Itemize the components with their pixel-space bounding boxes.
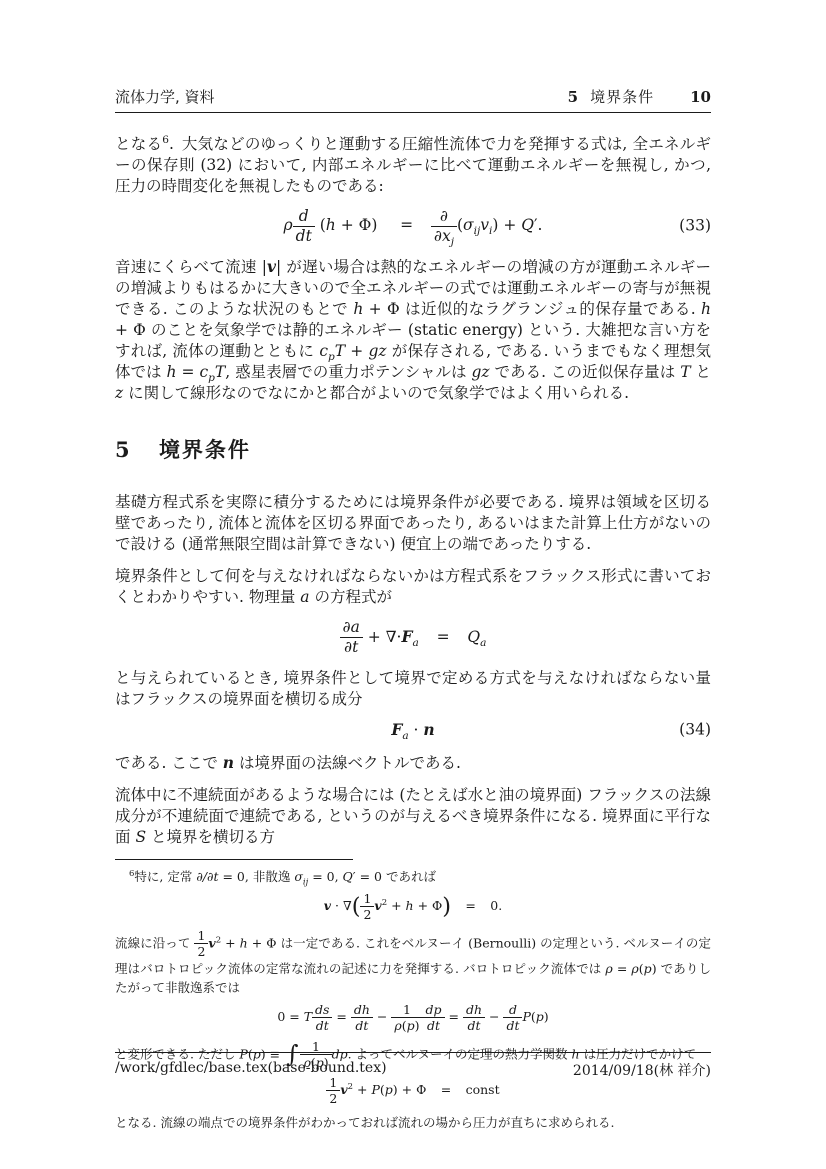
- math-variable: Q: [521, 216, 534, 234]
- fraction-numerator: 1: [360, 892, 374, 908]
- text-run: 1: [403, 1002, 411, 1017]
- math-variable: T: [304, 1009, 312, 1024]
- text-run: に関して線形なのでなにかと都合がよいので気象学ではよく用いられる.: [123, 384, 629, 402]
- relation-sign: =: [465, 898, 475, 913]
- fraction-numerator: dh: [463, 1003, 485, 1019]
- page-header: 流体力学, 資料 5 境界条件 10: [115, 86, 711, 107]
- math-variable: T: [335, 342, 345, 360]
- math-variable: a: [300, 588, 309, 606]
- footnote-block: 6特に, 定常 ∂/∂t = 0, 非散逸 σij = 0, Q′ = 0 であ…: [115, 859, 711, 1135]
- fraction-numerator: ds: [312, 1003, 332, 1019]
- math-fraction: ∂∂xj: [431, 208, 457, 244]
- text-run: 1: [363, 891, 371, 906]
- math-fraction: 1ρ(p): [391, 1003, 422, 1033]
- footnote-paragraph-2: 流線に沿って 12v2 + h + Φ は一定である. これをベルヌーイ (Be…: [115, 929, 711, 997]
- math-variable: ρ: [631, 961, 638, 976]
- footnote-equation-1: v · ∇(12v2 + h + Φ)=0.: [115, 892, 711, 922]
- math-vector: F: [401, 627, 412, 646]
- math-variable: h: [701, 300, 711, 318]
- fraction-numerator: 1: [391, 1003, 422, 1019]
- math-fraction: ddt: [503, 1003, 522, 1033]
- math-fraction: 12: [360, 892, 374, 922]
- running-head-section-title: 境界条件: [590, 86, 654, 107]
- math-variable: h: [240, 935, 248, 950]
- text-run: である. この近似保存量は: [490, 363, 681, 381]
- math-variable: dp: [332, 1046, 348, 1061]
- fraction-numerator: ∂a: [340, 619, 363, 638]
- text-run: ) +: [492, 216, 521, 234]
- math-variable: p: [536, 1009, 544, 1024]
- math-subscript: p: [328, 352, 335, 364]
- math-vector: F: [391, 720, 402, 739]
- document-page: 流体力学, 資料 5 境界条件 10 となる6. 大気などのゆっくりと運動する圧…: [0, 0, 826, 1169]
- math-variable: T: [680, 363, 690, 381]
- text-run: −: [373, 1009, 391, 1024]
- math-variable: ds: [315, 1002, 329, 1017]
- fraction-numerator: ∂: [431, 208, 457, 227]
- text-run: 流線に沿って: [115, 935, 194, 950]
- text-run: const: [466, 1082, 500, 1097]
- paragraph-5: と与えられているとき, 境界条件として境界で定める方式を与えなければならない量は…: [115, 668, 711, 710]
- math-vector: n: [223, 753, 234, 772]
- text-run: 2: [329, 1091, 337, 1106]
- text-run: , 惑星表層での重力ポテンシャルは: [225, 363, 471, 381]
- text-run: ) ≡: [261, 1046, 284, 1061]
- text-run: と与えられているとき, 境界条件として境界で定める方式を与えなければならない量は…: [115, 669, 711, 708]
- math-variable: p: [385, 1082, 393, 1097]
- text-run: . 大気などのゆっくりと運動する圧縮性流体で力を発揮する式は, 全エネルギーの保…: [115, 135, 711, 195]
- header-rule: [115, 112, 711, 113]
- math-variable: c: [199, 363, 208, 381]
- text-run: +: [353, 1082, 371, 1097]
- math-subscript: a: [480, 637, 486, 649]
- footnote-rule: [115, 859, 353, 860]
- text-run: ′.: [534, 216, 542, 234]
- equation-34: Fa · n (34): [115, 721, 711, 740]
- text-run: =: [613, 961, 632, 976]
- fraction-denominator: ρ(p): [391, 1018, 422, 1033]
- math-variable: ∂a: [343, 618, 360, 636]
- math-variable: P: [239, 1046, 247, 1061]
- footnote-equation-2: 0 = Tdsdt = dhdt − 1ρ(p)dpdt = dhdt − dd…: [115, 1003, 711, 1033]
- text-run: と変形できる. ただし: [115, 1046, 239, 1061]
- math-variable: h: [572, 1046, 580, 1061]
- text-run: 境界条件として何を与えなければならないかは方程式系をフラックス形式に書いておくと…: [115, 567, 711, 606]
- math-variable: h: [326, 216, 336, 234]
- text-run: である. ここで: [115, 754, 223, 772]
- equation-33-label: (33): [679, 217, 711, 236]
- big-paren: ): [442, 893, 451, 919]
- math-variable: σ: [463, 216, 474, 234]
- fraction-denominator: 2: [194, 944, 208, 959]
- text-run: ): [415, 1018, 420, 1033]
- math-subscript: p: [208, 373, 215, 385]
- math-fraction: 12: [326, 1076, 340, 1106]
- fraction-denominator: ∂xj: [431, 227, 457, 245]
- paragraph-1: となる6. 大気などのゆっくりと運動する圧縮性流体で力を発揮する式は, 全エネル…: [115, 134, 711, 197]
- text-column: となる6. 大気などのゆっくりと運動する圧縮性流体で力を発揮する式は, 全エネル…: [115, 134, 711, 1050]
- math-variable: ∂/∂t: [196, 869, 218, 884]
- math-variable: dh: [466, 1002, 482, 1017]
- relation-sign: =: [400, 216, 413, 234]
- fraction-denominator: ∂t: [340, 638, 363, 656]
- text-run: となる. 流線の端点での境界条件がわかっておれば流れの場から圧力が直ちに求められ…: [115, 1115, 614, 1130]
- footer-date-author: 2014/09/18(林 祥介): [573, 1060, 711, 1080]
- math-variable: Q: [343, 869, 353, 884]
- math-variable: h: [353, 300, 363, 318]
- math-variable: σ: [294, 869, 303, 884]
- math-variable: ρ: [605, 961, 612, 976]
- text-run: +: [345, 342, 368, 360]
- fraction-denominator: dt: [351, 1018, 373, 1033]
- math-variable: P: [522, 1009, 530, 1024]
- fraction-numerator: d: [503, 1003, 522, 1019]
- running-head-section-number: 5: [568, 88, 578, 106]
- math-variable: ∂t: [344, 638, 358, 656]
- paragraph-7: 流体中に不連続面があるような場合には (たとえば水と油の境界面) フラックスの法…: [115, 785, 711, 848]
- text-run: 2: [363, 907, 371, 922]
- math-variable: p: [644, 961, 652, 976]
- running-head-right: 5 境界条件 10: [568, 86, 711, 107]
- math-variable: ρ: [394, 1018, 401, 1033]
- fraction-denominator: dt: [312, 1018, 332, 1033]
- relation-sign: =: [441, 1082, 451, 1097]
- fraction-denominator: dt: [293, 227, 315, 245]
- math-variable: h: [406, 898, 414, 913]
- equation-34-label: (34): [679, 721, 711, 740]
- text-run: は境界面の法線ベクトルである.: [234, 754, 461, 772]
- math-variable: P: [371, 1082, 379, 1097]
- text-run: + ∇·: [363, 628, 402, 646]
- text-run: +: [387, 898, 405, 913]
- math-variable: ∂x: [434, 227, 451, 245]
- equation-flux-form-body: ∂a∂t + ∇·Fa=Qa: [340, 628, 487, 646]
- math-variable: dt: [506, 1018, 519, 1033]
- text-run: は圧力だけでかけて: [580, 1046, 696, 1061]
- math-variable: z: [115, 384, 123, 402]
- math-variable: p: [253, 1046, 261, 1061]
- text-run: 音速にくらべて流速 |: [115, 258, 267, 276]
- math-variable: p: [407, 1018, 415, 1033]
- text-run: + Φ は近似的なラグランジュ的保存量である.: [363, 300, 701, 318]
- math-fraction: dhdt: [463, 1003, 485, 1033]
- text-run: の方程式が: [310, 588, 392, 606]
- page-number: 10: [690, 88, 711, 106]
- text-run: 0 =: [277, 1009, 303, 1024]
- math-variable: h: [167, 363, 177, 381]
- math-variable: gz: [368, 342, 386, 360]
- math-vector: v: [324, 898, 331, 913]
- text-run: =: [332, 1009, 350, 1024]
- text-run: 2: [197, 944, 205, 959]
- equation-33-body: ρddt (h + Φ) =∂∂xj(σijvi) + Q′.: [284, 216, 543, 234]
- math-variable: dp: [426, 1002, 442, 1017]
- text-run: · ∇: [331, 898, 352, 913]
- section-title: 境界条件: [159, 438, 251, 462]
- fraction-denominator: dt: [503, 1018, 522, 1033]
- math-variable: Q: [467, 628, 480, 646]
- text-run: . よってベルヌーイの定理の熱力学関数: [348, 1046, 572, 1061]
- page-footer: /work/gfdlec/base.tex(base-bound.tex) 20…: [115, 1060, 711, 1080]
- text-run: 1: [197, 928, 205, 943]
- text-run: =: [445, 1009, 463, 1024]
- paragraph-6: である. ここで n は境界面の法線ベクトルである.: [115, 752, 711, 774]
- math-fraction: 12: [194, 929, 208, 959]
- text-run: ) + Φ: [393, 1082, 427, 1097]
- text-run: (: [315, 216, 326, 234]
- math-variable: d: [299, 207, 309, 225]
- text-run: となる: [115, 135, 162, 153]
- math-variable: ρ: [284, 216, 293, 234]
- math-vector: n: [423, 720, 434, 739]
- footnote-6: 6特に, 定常 ∂/∂t = 0, 非散逸 σij = 0, Q′ = 0 であ…: [115, 867, 711, 1132]
- math-variable: dh: [354, 1002, 370, 1017]
- text-run: + Φ: [414, 898, 443, 913]
- section-heading: 5 境界条件: [115, 434, 711, 464]
- math-vector: v: [374, 898, 381, 913]
- math-fraction: dsdt: [312, 1003, 332, 1033]
- text-run: 特に, 定常: [134, 869, 196, 884]
- text-run: + Φ): [336, 216, 383, 234]
- relation-sign: =: [437, 628, 450, 646]
- footnote-line-1: 6特に, 定常 ∂/∂t = 0, 非散逸 σij = 0, Q′ = 0 であ…: [115, 867, 711, 886]
- text-run: +: [221, 935, 240, 950]
- math-vector: v: [208, 935, 215, 950]
- text-run: −: [485, 1009, 503, 1024]
- math-fraction: ddt: [293, 208, 315, 244]
- paragraph-2: 音速にくらべて流速 |v| が遅い場合は熱的なエネルギーの増減の方が運動エネルギ…: [115, 256, 711, 404]
- math-fraction: dhdt: [351, 1003, 373, 1033]
- footnote-equation-2-body: 0 = Tdsdt = dhdt − 1ρ(p)dpdt = dhdt − dd…: [277, 1009, 548, 1024]
- math-variable: dt: [467, 1018, 480, 1033]
- fraction-denominator: dt: [423, 1018, 445, 1033]
- text-run: と境界を横切る方: [146, 828, 275, 846]
- fraction-numerator: dh: [351, 1003, 373, 1019]
- footer-source-path: /work/gfdlec/base.tex(base-bound.tex): [115, 1060, 387, 1080]
- superscript: 6: [162, 134, 169, 146]
- main-content: となる6. 大気などのゆっくりと運動する圧縮性流体で力を発揮する式は, 全エネル…: [115, 134, 711, 859]
- math-subscript: j: [451, 236, 454, 248]
- fraction-numerator: 1: [194, 929, 208, 945]
- fraction-numerator: d: [293, 208, 315, 227]
- math-subscript: a: [412, 637, 418, 649]
- footnote-equation-3: 12v2 + P(p) + Φ=const: [115, 1076, 711, 1106]
- equation-34-body: Fa · n: [391, 721, 434, 739]
- math-fraction: ∂a∂t: [340, 619, 363, 655]
- text-run: ·: [409, 721, 424, 739]
- footnote-paragraph-4: となる. 流線の端点での境界条件がわかっておれば流れの場から圧力が直ちに求められ…: [115, 1113, 711, 1132]
- paragraph-3: 基礎方程式系を実際に積分するためには境界条件が必要である. 境界は領域を区切る壁…: [115, 492, 711, 555]
- math-vector: v: [267, 257, 276, 276]
- text-run: =: [177, 363, 200, 381]
- math-variable: v: [480, 216, 489, 234]
- text-run: = 0,: [308, 869, 342, 884]
- running-head-title: 流体力学, 資料: [115, 86, 215, 107]
- math-variable: dt: [296, 227, 312, 245]
- math-variable: dt: [316, 1018, 329, 1033]
- math-variable: d: [509, 1002, 517, 1017]
- text-run: と: [691, 363, 711, 381]
- footnote-equation-3-body: 12v2 + P(p) + Φ=const: [326, 1082, 499, 1097]
- text-run: 0.: [490, 898, 502, 913]
- big-paren: (: [352, 893, 361, 919]
- fraction-denominator: 2: [326, 1091, 340, 1106]
- footer-rule: [115, 1052, 711, 1053]
- math-variable: T: [215, 363, 225, 381]
- math-variable: dt: [427, 1018, 440, 1033]
- text-run: ′ = 0 であれば: [353, 869, 436, 884]
- text-run: ): [544, 1009, 549, 1024]
- equation-flux-form: ∂a∂t + ∇·Fa=Qa: [115, 619, 711, 655]
- math-variable: gz: [472, 363, 490, 381]
- math-vector: v: [340, 1082, 347, 1097]
- math-variable: c: [319, 342, 328, 360]
- math-variable: dt: [355, 1018, 368, 1033]
- math-fraction: dpdt: [423, 1003, 445, 1033]
- math-variable: ∂: [440, 207, 448, 225]
- fraction-numerator: dp: [423, 1003, 445, 1019]
- fraction-denominator: 2: [360, 907, 374, 922]
- section-number: 5: [115, 437, 130, 462]
- paragraph-4: 境界条件として何を与えなければならないかは方程式系をフラックス形式に書いておくと…: [115, 566, 711, 608]
- footnote-equation-1-body: v · ∇(12v2 + h + Φ)=0.: [324, 898, 502, 913]
- text-run: 基礎方程式系を実際に積分するためには境界条件が必要である. 境界は領域を区切る壁…: [115, 493, 711, 553]
- fraction-denominator: dt: [463, 1018, 485, 1033]
- text-run: = 0, 非散逸: [219, 869, 295, 884]
- equation-33: ρddt (h + Φ) =∂∂xj(σijvi) + Q′. (33): [115, 208, 711, 244]
- math-variable: S: [135, 828, 146, 846]
